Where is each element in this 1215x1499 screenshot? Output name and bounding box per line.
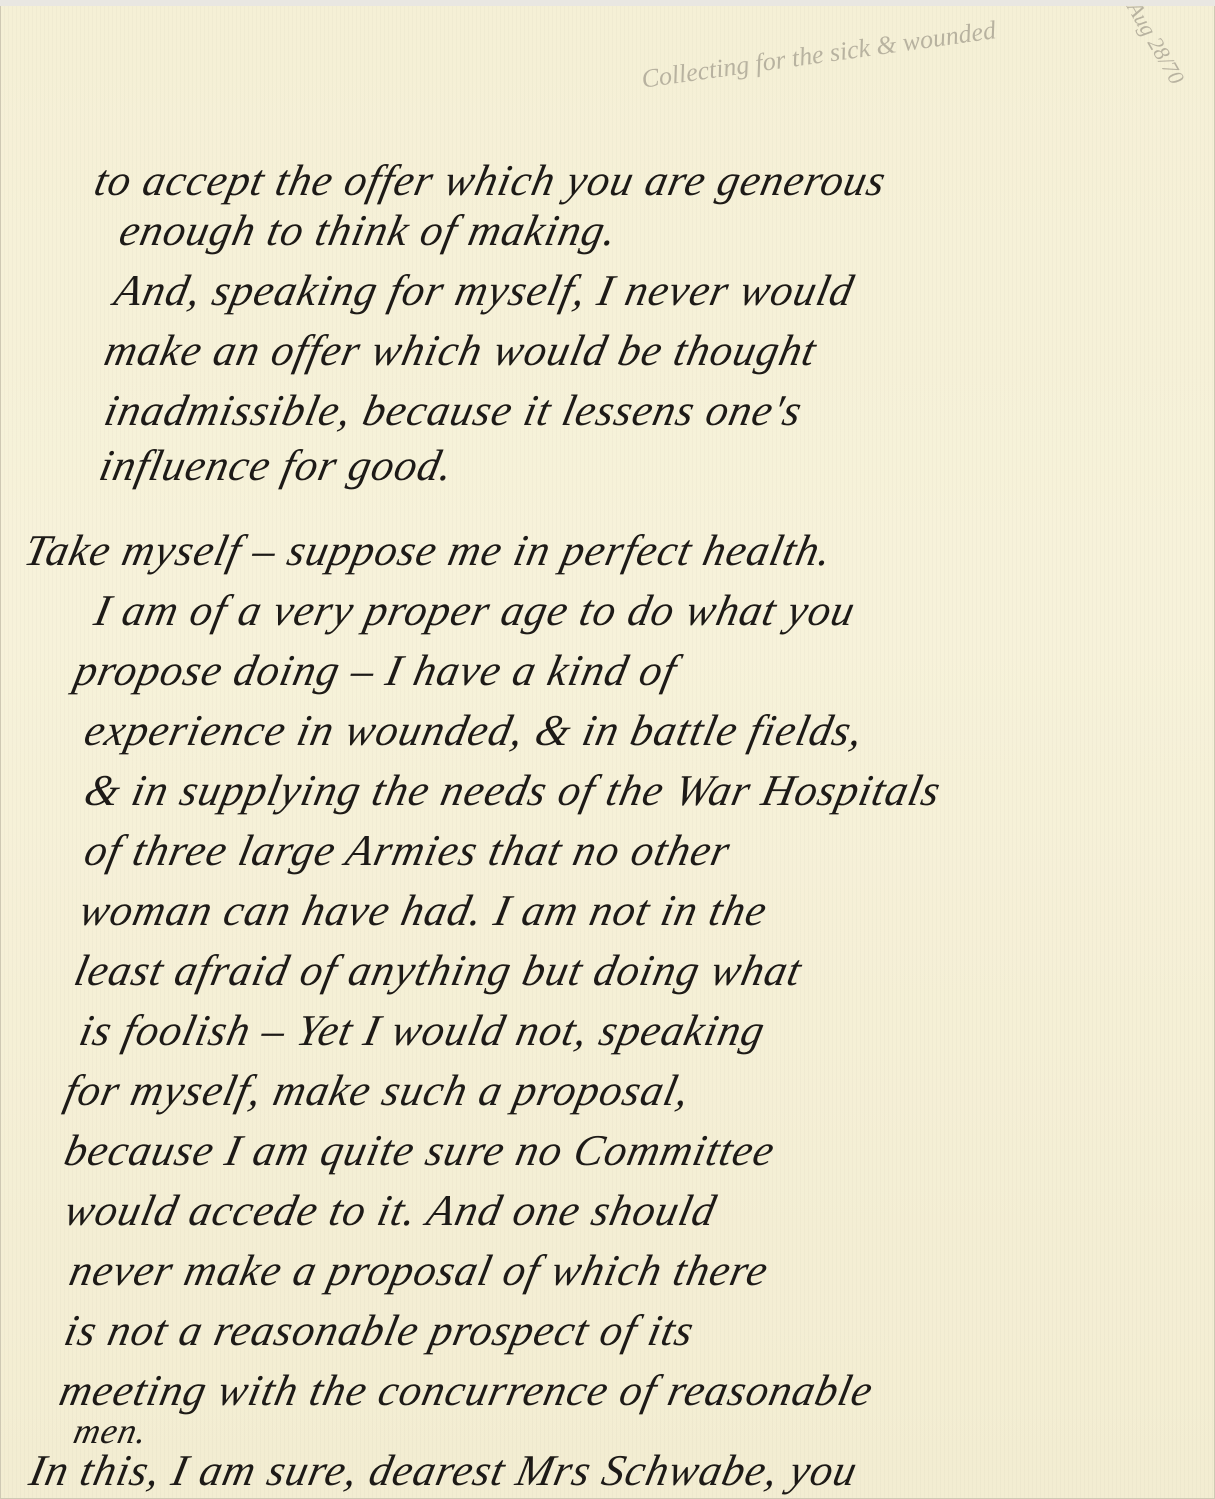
letter-page: Aug 28/70 Collecting for the sick & woun…: [0, 0, 1215, 1499]
letter-line: influence for good.: [95, 440, 458, 491]
letter-line: propose doing – I have a kind of: [70, 645, 682, 696]
pencil-heading-annotation: Collecting for the sick & wounded: [640, 15, 998, 94]
bleed-through-text: [37, 99, 52, 135]
letter-line: woman can have had. I am not in the: [75, 885, 772, 936]
letter-line: experience in wounded, & in battle field…: [80, 705, 868, 756]
letter-line: least afraid of anything but doing what: [70, 945, 807, 996]
letter-line: And, speaking for myself, I never would: [110, 265, 859, 316]
letter-line: for myself, make such a proposal,: [60, 1065, 695, 1116]
letter-line: of three large Armies that no other: [80, 825, 735, 876]
letter-line: is not a reasonable prospect of its: [60, 1305, 699, 1356]
letter-line: & in supplying the needs of the War Hosp…: [80, 765, 946, 816]
letter-line: Take myself – suppose me in perfect heal…: [20, 525, 837, 576]
letter-line: because I am quite sure no Committee: [60, 1125, 780, 1176]
letter-line: enough to think of making.: [115, 205, 622, 256]
letter-line: would accede to it. And one should: [60, 1185, 721, 1236]
letter-line: never make a proposal of which there: [65, 1245, 773, 1296]
letter-line: inadmissible, because it lessens one's: [100, 385, 807, 436]
letter-line: I am of a very proper age to do what you: [90, 585, 860, 636]
letter-line: In this, I am sure, dearest Mrs Schwabe,…: [25, 1445, 862, 1496]
letter-line: is foolish – Yet I would not, speaking: [75, 1005, 770, 1056]
letter-line: to accept the offer which you are genero…: [90, 155, 891, 206]
letter-line: meeting with the concurrence of reasonab…: [55, 1365, 878, 1416]
letter-line: make an offer which would be thought: [100, 325, 821, 376]
pencil-date-annotation: Aug 28/70: [1122, 0, 1190, 89]
